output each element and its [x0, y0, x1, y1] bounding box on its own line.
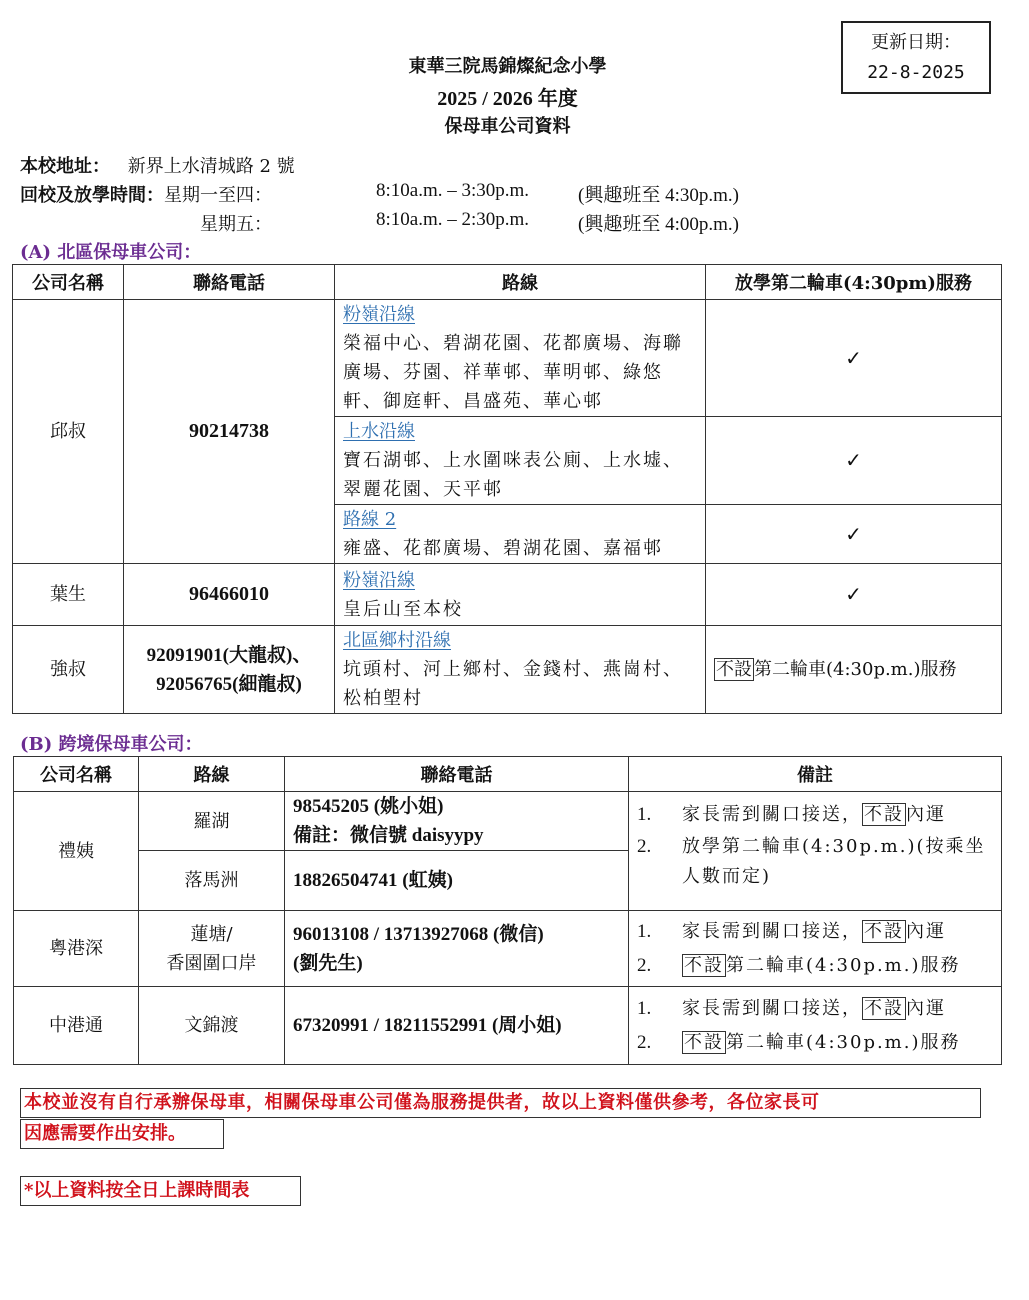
route-stops: 坑頭村、河上鄉村、金錢村、燕崗村、松柏塱村 [343, 655, 697, 713]
table-row: 粵港深 蓮塘/ 香園圍口岸 96013108 / 13713927068 (微信… [14, 911, 1002, 987]
phone: 98545205 (姚小姐) [293, 792, 620, 821]
route-name: 落馬洲 [139, 851, 285, 911]
route-cell: 北區鄉村沿線 坑頭村、河上鄉村、金錢村、燕崗村、松柏塱村 [335, 626, 706, 714]
company-name: 強叔 [13, 626, 124, 714]
header-company: 公司名稱 [13, 265, 124, 300]
note-item: 2.不設第二輪車(4:30p.m.)服務 [637, 949, 993, 983]
service-text: 第二輪車(4:30p.m.)服務 [754, 659, 957, 680]
table-row: 葉生 96466010 粉嶺沿線 皇后山至本校 ✓ [13, 564, 1002, 626]
timetable-footnote: *以上資料按全日上課時間表 [20, 1176, 301, 1206]
company-phone: 96466010 [124, 564, 335, 626]
phone: 67320991 / 18211552991 (周小姐) [293, 1011, 620, 1040]
phone-line: 92056765(細龍叔) [132, 670, 326, 699]
route-cell: 粉嶺沿線 皇后山至本校 [335, 564, 706, 626]
hours-days-2: 星期五： [200, 210, 272, 236]
not-provided-badge: 不設 [682, 1031, 726, 1054]
route-cell: 路線 2 雍盛、花都廣場、碧湖花園、嘉福邨 [335, 505, 706, 564]
phone: 18826504741 (虹姨) [293, 866, 620, 895]
hours-label: 回校及放學時間： [20, 185, 164, 206]
check-icon: ✓ [706, 417, 1002, 505]
header-route: 路線 [335, 265, 706, 300]
not-provided-badge: 不設 [862, 920, 906, 943]
phone-cell: 18826504741 (虹姨) [285, 851, 629, 911]
section-b-heading: (B) 跨境保母車公司： [20, 730, 203, 756]
not-provided-badge: 不設 [862, 997, 906, 1020]
phone-line: 92091901(大龍叔)、 [132, 641, 326, 670]
route-stops: 榮福中心、碧湖花園、花都廣場、海聯廣場、芬園、祥華邨、華明邨、綠悠軒、御庭軒、昌… [343, 329, 697, 416]
cross-border-table: 公司名稱 路線 聯絡電話 備註 禮姨 羅湖 98545205 (姚小姐) 備註：… [13, 756, 1002, 1065]
phone-note: 備註：微信號 daisyypy [293, 821, 620, 850]
hours-extra-2: (興趣班至 4:00p.m.) [578, 209, 739, 236]
route-cell: 粉嶺沿線 榮福中心、碧湖花園、花都廣場、海聯廣場、芬園、祥華邨、華明邨、綠悠軒、… [335, 300, 706, 417]
not-provided-badge: 不設 [862, 803, 906, 826]
academic-year: 2025 / 2026 年度 [0, 82, 1015, 111]
disclaimer-line-1: 本校並沒有自行承辦保母車，相關保母車公司僅為服務提供者，故以上資料僅供參考，各位… [20, 1088, 981, 1118]
hours-extra-1: (興趣班至 4:30p.m.) [578, 180, 739, 207]
header-company: 公司名稱 [14, 757, 139, 792]
route-link[interactable]: 粉嶺沿線 [343, 566, 697, 595]
table-header-row: 公司名稱 路線 聯絡電話 備註 [14, 757, 1002, 792]
company-name: 邱叔 [13, 300, 124, 564]
not-provided-badge: 不設 [682, 954, 726, 977]
hours-days: 星期一至四： [164, 185, 272, 206]
table-row: 中港通 文錦渡 67320991 / 18211552991 (周小姐) 1.家… [14, 987, 1002, 1065]
header-route: 路線 [139, 757, 285, 792]
company-name: 粵港深 [14, 911, 139, 987]
document-subtitle: 保母車公司資料 [0, 112, 1015, 138]
note-item: 2.放學第二輪車(4:30p.m.)(按乘坐人數而定) [637, 832, 993, 892]
company-name: 葉生 [13, 564, 124, 626]
table-header-row: 公司名稱 聯絡電話 路線 放學第二輪車(4:30pm)服務 [13, 265, 1002, 300]
phone-cell: 98545205 (姚小姐) 備註：微信號 daisyypy [285, 792, 629, 851]
check-icon: ✓ [706, 300, 1002, 417]
table-row: 禮姨 羅湖 98545205 (姚小姐) 備註：微信號 daisyypy 1.家… [14, 792, 1002, 851]
section-a-heading: (A) 北區保母車公司： [20, 238, 201, 264]
notes-cell: 1.家長需到關口接送，不設內運 2.不設第二輪車(4:30p.m.)服務 [629, 987, 1002, 1065]
company-name: 禮姨 [14, 792, 139, 911]
header-service: 放學第二輪車(4:30pm)服務 [706, 265, 1002, 300]
table-row: 強叔 92091901(大龍叔)、 92056765(細龍叔) 北區鄉村沿線 坑… [13, 626, 1002, 714]
address-value: 新界上水清城路 2 號 [128, 156, 295, 177]
header-phone: 聯絡電話 [285, 757, 629, 792]
disclaimer-line-2: 因應需要作出安排。 [20, 1119, 224, 1149]
phone-contact: (劉先生) [293, 949, 620, 978]
route-cell: 上水沿線 寶石湖邨、上水圍咪表公廁、上水墟、翠麗花園、天平邨 [335, 417, 706, 505]
note-item: 1.家長需到關口接送，不設內運 [637, 798, 993, 832]
route-name: 文錦渡 [139, 987, 285, 1065]
hours-time-2: 8:10a.m. – 2:30p.m. [376, 209, 529, 231]
address-label: 本校地址： [20, 156, 110, 177]
phone-cell: 96013108 / 13713927068 (微信) (劉先生) [285, 911, 629, 987]
phone-cell: 67320991 / 18211552991 (周小姐) [285, 987, 629, 1065]
route-name: 羅湖 [139, 792, 285, 851]
school-name: 東華三院馬錦燦紀念小學 [0, 52, 1015, 78]
north-district-table: 公司名稱 聯絡電話 路線 放學第二輪車(4:30pm)服務 邱叔 9021473… [12, 264, 1002, 714]
company-name: 中港通 [14, 987, 139, 1065]
hours-time-1: 8:10a.m. – 3:30p.m. [376, 180, 529, 202]
phone: 96013108 / 13713927068 (微信) [293, 920, 620, 949]
note-item: 1.家長需到關口接送，不設內運 [637, 915, 993, 949]
route-link[interactable]: 北區鄉村沿線 [343, 626, 697, 655]
route-link[interactable]: 粉嶺沿線 [343, 300, 697, 329]
check-icon: ✓ [706, 505, 1002, 564]
hours-line-1: 回校及放學時間：星期一至四： [20, 181, 272, 207]
route-stops: 雍盛、花都廣場、碧湖花園、嘉福邨 [343, 534, 697, 563]
notes-cell: 1.家長需到關口接送，不設內運 2.放學第二輪車(4:30p.m.)(按乘坐人數… [629, 792, 1002, 911]
header-notes: 備註 [629, 757, 1002, 792]
table-row: 邱叔 90214738 粉嶺沿線 榮福中心、碧湖花園、花都廣場、海聯廣場、芬園、… [13, 300, 1002, 417]
route-link[interactable]: 上水沿線 [343, 417, 697, 446]
address-line: 本校地址： 新界上水清城路 2 號 [20, 152, 295, 178]
company-phone: 92091901(大龍叔)、 92056765(細龍叔) [124, 626, 335, 714]
service-cell: 不設第二輪車(4:30p.m.)服務 [706, 626, 1002, 714]
route-link[interactable]: 路線 2 [343, 505, 697, 534]
route-stops: 皇后山至本校 [343, 595, 697, 624]
not-provided-badge: 不設 [714, 658, 754, 681]
check-icon: ✓ [706, 564, 1002, 626]
notes-cell: 1.家長需到關口接送，不設內運 2.不設第二輪車(4:30p.m.)服務 [629, 911, 1002, 987]
header-phone: 聯絡電話 [124, 265, 335, 300]
company-phone: 90214738 [124, 300, 335, 564]
route-stops: 寶石湖邨、上水圍咪表公廁、上水墟、翠麗花園、天平邨 [343, 446, 697, 504]
route-name: 蓮塘/ 香園圍口岸 [139, 911, 285, 987]
note-item: 2.不設第二輪車(4:30p.m.)服務 [637, 1026, 993, 1060]
note-item: 1.家長需到關口接送，不設內運 [637, 992, 993, 1026]
